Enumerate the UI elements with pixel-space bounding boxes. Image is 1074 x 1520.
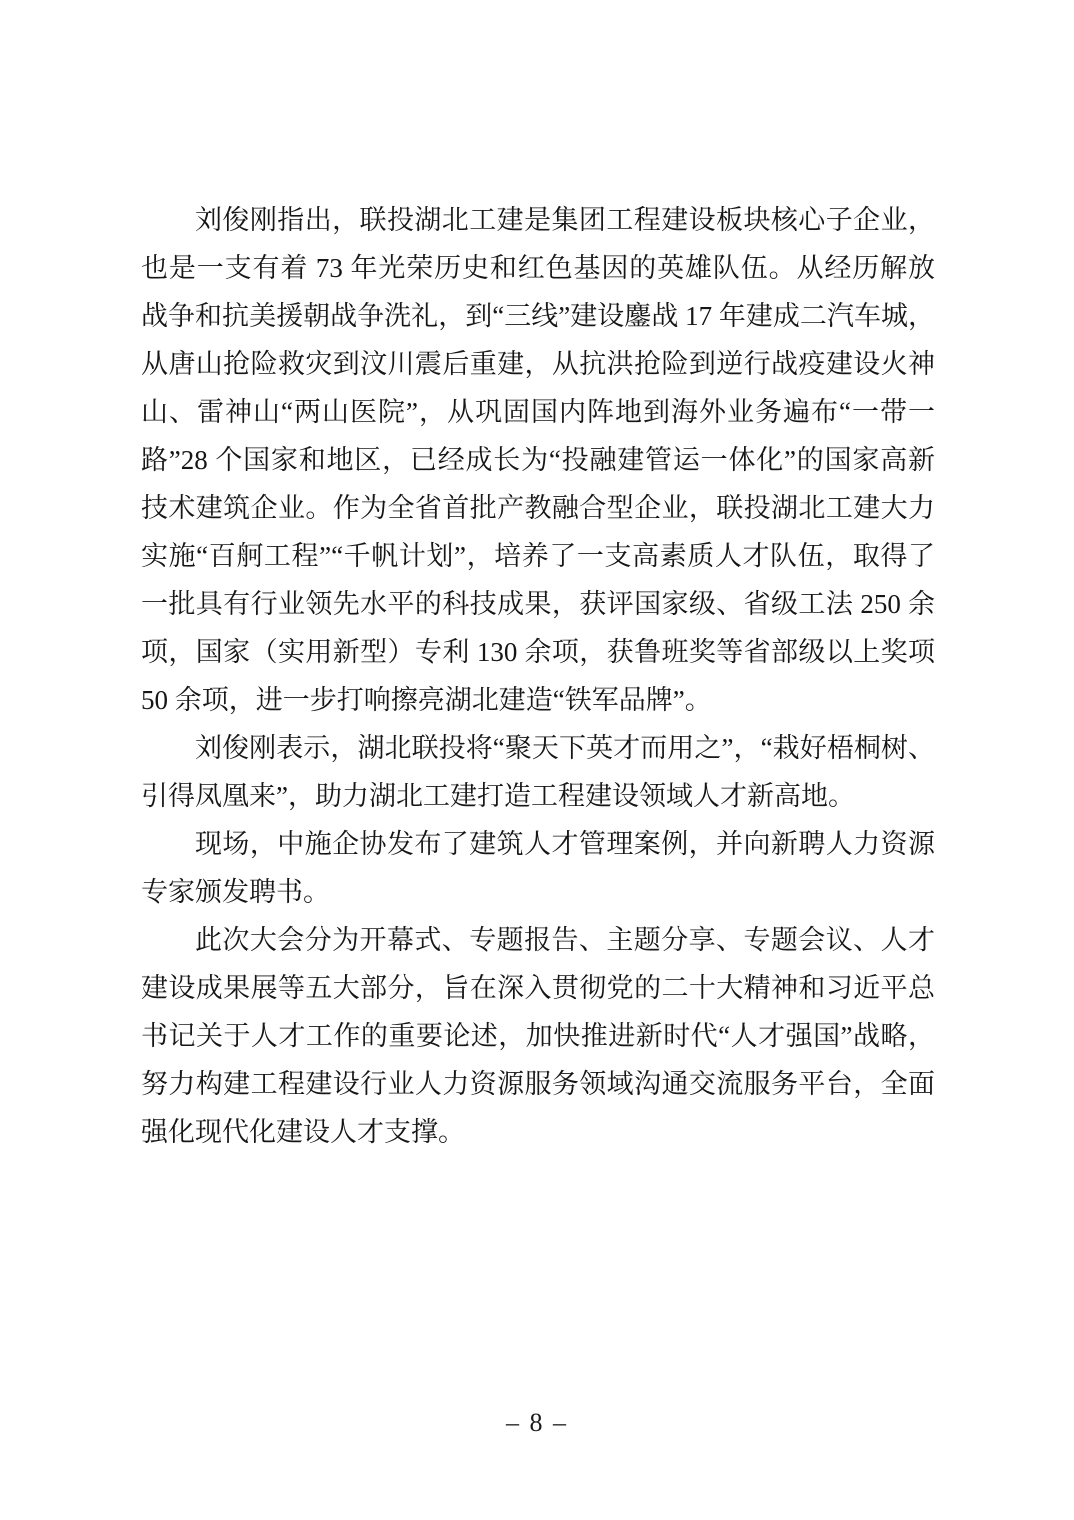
body-paragraph: 此次大会分为开幕式、专题报告、主题分享、专题会议、人才建设成果展等五大部分，旨在… [141,916,935,1156]
document-body: 刘俊刚指出，联投湖北工建是集团工程建设板块核心子企业，也是一支有着 73 年光荣… [141,196,935,1156]
body-paragraph: 刘俊刚表示，湖北联投将“聚天下英才而用之”，“栽好梧桐树、引得凤凰来”，助力湖北… [141,724,935,820]
document-page: 刘俊刚指出，联投湖北工建是集团工程建设板块核心子企业，也是一支有着 73 年光荣… [0,0,1074,1520]
body-paragraph: 刘俊刚指出，联投湖北工建是集团工程建设板块核心子企业，也是一支有着 73 年光荣… [141,196,935,724]
page-footer: – 8 – [0,1408,1074,1438]
body-paragraph: 现场，中施企协发布了建筑人才管理案例，并向新聘人力资源专家颁发聘书。 [141,820,935,916]
page-number: – 8 – [506,1408,568,1437]
